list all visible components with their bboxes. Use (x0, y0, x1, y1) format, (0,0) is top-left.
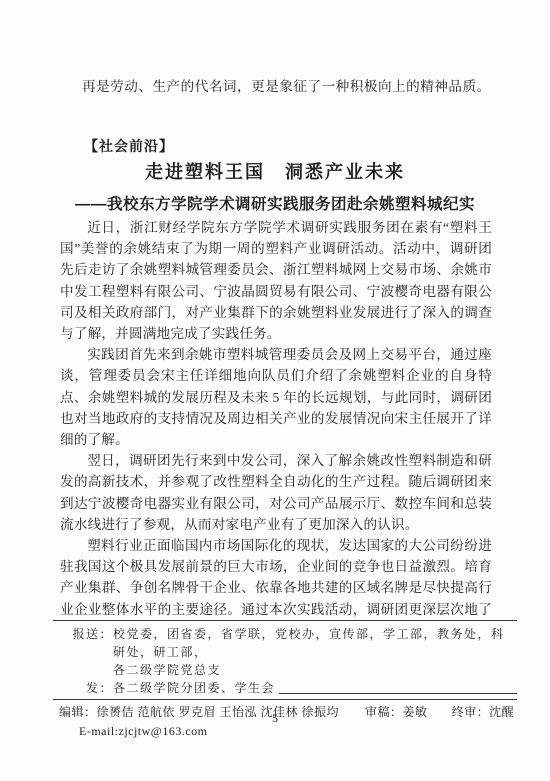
distribute-label: 发： (67, 679, 113, 697)
distribute-row: 发： 各二级学院分团委、学生会 (53, 679, 517, 697)
distribute-value: 各二级学院分团委、学生会 (113, 679, 275, 697)
section-header: 【社会前沿】 (84, 136, 174, 156)
submit-to-line2: 各二级学院党总支 (113, 663, 221, 677)
page-number: 5 (0, 711, 550, 726)
article-body: 近日，浙江财经学院东方学院学术调研实践服务团在素有“塑料王国”美誉的余姚结束了为… (60, 217, 492, 621)
submit-to-label: 报送： (67, 625, 113, 643)
fill-line (279, 693, 517, 694)
submit-to-value: 校党委，团省委，省学联，党校办，宣传部，学工部，教务处，科研处，研工部， 各二级… (113, 625, 517, 679)
submit-to-line1: 校党委，团省委，省学联，党校办，宣传部，学工部，教务处，科研处，研工部， (113, 627, 505, 659)
divider-bottom (53, 699, 517, 700)
article-paragraph: 翌日，调研团先行来到中发公司，深入了解余姚改性塑料制造和研发的高新技术，并参观了… (60, 450, 492, 535)
article-paragraph: 塑料行业正面临国内市场国际化的现状，发达国家的大公司纷纷进驻我国这个极具发展前景… (60, 535, 492, 621)
paragraph-continuation: 再是劳动、生产的代名词，更是象征了一种积极向上的精神品质。 (82, 76, 492, 97)
article-paragraph: 近日，浙江财经学院东方学院学术调研实践服务团在素有“塑料王国”美誉的余姚结束了为… (60, 217, 492, 344)
document-page: 再是劳动、生产的代名词，更是象征了一种积极向上的精神品质。 【社会前沿】 走进塑… (0, 0, 550, 781)
article-subtitle: ——我校东方学院学术调研实践服务团赴余姚塑料城纪实 (0, 192, 550, 214)
article-paragraph: 实践团首先来到余姚市塑料城管理委员会及网上交易平台，通过座谈，管理委员会宋主任详… (60, 344, 492, 450)
submit-to-row: 报送： 校党委，团省委，省学联，党校办，宣传部，学工部，教务处，科研处，研工部，… (53, 625, 517, 679)
divider-top (53, 620, 517, 621)
article-title: 走进塑料王国 洞悉产业未来 (0, 158, 550, 184)
